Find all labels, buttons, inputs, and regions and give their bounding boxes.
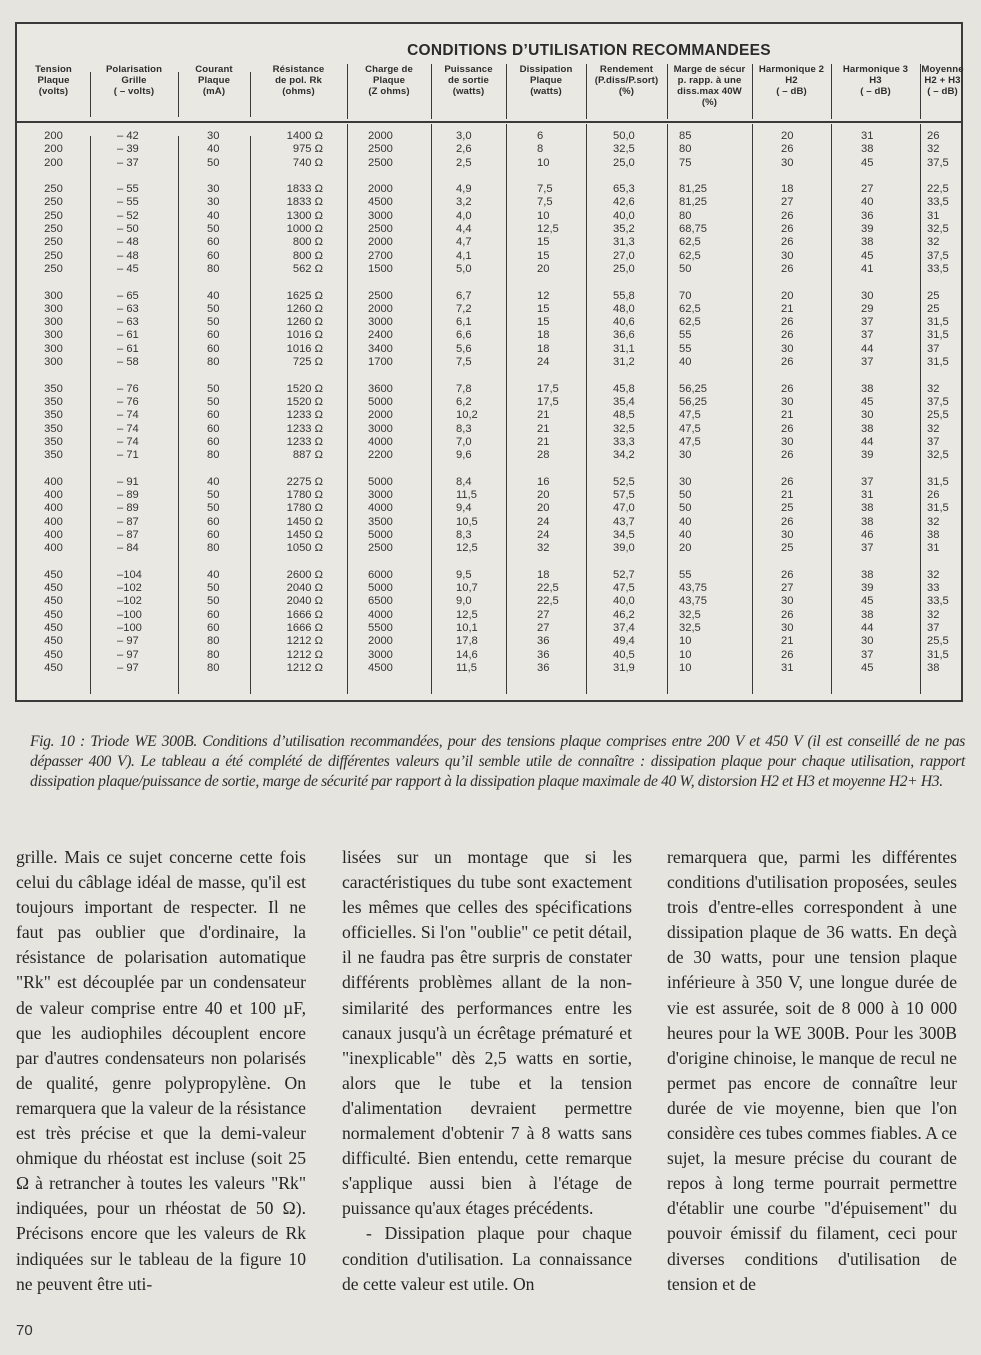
body-column-2: lisées sur un montage que si les caracté… xyxy=(342,845,632,1297)
table-cell: 9,4 xyxy=(456,502,506,515)
column-divider xyxy=(920,124,921,694)
row-group: 505060606080 xyxy=(207,383,250,463)
table-cell: 3000 xyxy=(368,210,431,223)
row-group: 1833 Ω1833 Ω1300 Ω1000 Ω800 Ω800 Ω562 Ω xyxy=(250,183,323,276)
row-group: – 76– 76– 74– 74– 74– 71 xyxy=(117,383,178,463)
column-rendement: Rendement (P.diss/P.sort) (%)50,032,525,… xyxy=(586,64,667,700)
table-cell: 450 xyxy=(17,662,90,675)
column-divider xyxy=(431,124,432,694)
table-cell: 60 xyxy=(207,250,250,263)
table-cell: 70 xyxy=(679,290,752,303)
table-cell: – 45 xyxy=(117,263,178,276)
table-cell: 37,5 xyxy=(927,250,965,263)
table-cell: 60 xyxy=(207,609,250,622)
table-cell: 10 xyxy=(679,635,752,648)
table-cell: 30 xyxy=(861,290,920,303)
table-cell: 40 xyxy=(207,290,250,303)
table-cell: 32 xyxy=(927,609,965,622)
table-cell: 60 xyxy=(207,436,250,449)
table-cell: 32 xyxy=(927,516,965,529)
table-cell: 18 xyxy=(781,183,831,196)
table-cell: 44 xyxy=(861,622,920,635)
table-cell: 5000 xyxy=(368,529,431,542)
row-group: 858075 xyxy=(679,130,752,170)
table-cell: 450 xyxy=(17,622,90,635)
row-group: 2275 Ω1780 Ω1780 Ω1450 Ω1450 Ω1050 Ω xyxy=(250,476,323,556)
table-cell: 26 xyxy=(927,130,965,143)
table-cell: 38 xyxy=(861,502,920,515)
table-cell: 30 xyxy=(781,436,831,449)
table-cell: 32,5 xyxy=(679,622,752,635)
header-column-divider xyxy=(90,72,91,117)
row-group: 162020242432 xyxy=(537,476,586,556)
row-group: 17,517,521212128 xyxy=(537,383,586,463)
page-number: 70 xyxy=(16,1322,33,1339)
row-group: 27403639384541 xyxy=(861,183,920,276)
column-tension: Tension Plaque (volts)200200200250250250… xyxy=(17,64,90,700)
table-cell: 250 xyxy=(17,250,90,263)
table-cell: 57,5 xyxy=(613,489,667,502)
table-cell: 4000 xyxy=(368,609,431,622)
table-cell: 50 xyxy=(207,383,250,396)
table-cell: 1016 Ω xyxy=(250,329,323,342)
table-cell: 3000 xyxy=(368,649,431,662)
table-cell: 40 xyxy=(679,516,752,529)
table-cell: 26 xyxy=(781,516,831,529)
table-cell: 17,8 xyxy=(456,635,506,648)
table-cell: 55 xyxy=(679,343,752,356)
table-cell: 2500 xyxy=(368,542,431,555)
table-cell: 11,5 xyxy=(456,662,506,675)
table-cell: –102 xyxy=(117,582,178,595)
column-divider xyxy=(347,124,348,694)
column-divider xyxy=(667,124,668,694)
row-group: 1625 Ω1260 Ω1260 Ω1016 Ω1016 Ω725 Ω xyxy=(250,290,323,370)
column-polarisation: Polarisation Grille ( – volts)– 42– 39– … xyxy=(90,64,178,700)
table-cell: 4,4 xyxy=(456,223,506,236)
table-cell: 1450 Ω xyxy=(250,529,323,542)
table-cell: 38 xyxy=(861,516,920,529)
paragraph: lisées sur un montage que si les caracté… xyxy=(342,845,632,1221)
table-cell: 33 xyxy=(927,582,965,595)
table-cell: 2000 xyxy=(368,635,431,648)
table-cell: 36,6 xyxy=(613,329,667,342)
table-cell: – 65 xyxy=(117,290,178,303)
table-title: CONDITIONS D’UTILISATION RECOMMANDEES xyxy=(17,42,961,60)
table-cell: 2000 xyxy=(368,183,431,196)
table-cell: 60 xyxy=(207,236,250,249)
table-cell: 27 xyxy=(537,609,586,622)
table-cell: 26 xyxy=(781,449,831,462)
table-cell: 8,3 xyxy=(456,423,506,436)
row-group: 200200200 xyxy=(17,130,90,170)
table-cell: 31 xyxy=(927,210,965,223)
table-cell: 31,5 xyxy=(927,316,965,329)
table-cell: 1520 Ω xyxy=(250,396,323,409)
table-cell: 3000 xyxy=(368,316,431,329)
paragraph: grille. Mais ce sujet concerne cette foi… xyxy=(16,845,306,1297)
row-group: 302937374437 xyxy=(861,290,920,370)
table-cell: 16 xyxy=(537,476,586,489)
row-group: 52,747,540,046,237,449,440,531,9 xyxy=(613,569,667,675)
table-cell: 1700 xyxy=(368,356,431,369)
table-cell: 47,5 xyxy=(613,582,667,595)
table-cell: 21 xyxy=(781,409,831,422)
table-cell: 450 xyxy=(17,635,90,648)
row-group: 250250250250250250250 xyxy=(17,183,90,276)
table-cell: – 74 xyxy=(117,436,178,449)
caption-text: Fig. 10 : Triode WE 300B. Conditions d’u… xyxy=(30,733,965,790)
row-group: 252531,531,53731,5 xyxy=(927,290,965,370)
table-cell: 30 xyxy=(207,130,250,143)
header-column-divider xyxy=(752,64,753,119)
table-cell: 21 xyxy=(781,635,831,648)
table-cell: 4000 xyxy=(368,502,431,515)
table-cell: 3000 xyxy=(368,489,431,502)
table-cell: 31,5 xyxy=(927,476,965,489)
table-cell: 3400 xyxy=(368,343,431,356)
table-cell: 2500 xyxy=(368,290,431,303)
row-group: 305050404020 xyxy=(679,476,752,556)
table-cell: 30 xyxy=(781,396,831,409)
table-cell: – 76 xyxy=(117,396,178,409)
table-cell: – 87 xyxy=(117,529,178,542)
table-cell: – 74 xyxy=(117,409,178,422)
row-group: 1822,522,52727363636 xyxy=(537,569,586,675)
table-cell: 50 xyxy=(679,489,752,502)
table-cell: 800 Ω xyxy=(250,250,323,263)
table-cell: – 50 xyxy=(117,223,178,236)
row-group: 8,411,59,410,58,312,5 xyxy=(456,476,506,556)
row-group: – 65– 63– 63– 61– 61– 58 xyxy=(117,290,178,370)
table-cell: 26 xyxy=(781,609,831,622)
table-cell: 250 xyxy=(17,236,90,249)
table-cell: 27 xyxy=(781,196,831,209)
table-cell: 400 xyxy=(17,542,90,555)
table-cell: 50 xyxy=(679,263,752,276)
table-cell: 350 xyxy=(17,449,90,462)
table-cell: 10,7 xyxy=(456,582,506,595)
table-cell: 20 xyxy=(781,290,831,303)
row-group: 2627302630212631 xyxy=(781,569,831,675)
table-cell: 48,5 xyxy=(613,409,667,422)
table-cell: 31,9 xyxy=(613,662,667,675)
table-cell: 80 xyxy=(207,542,250,555)
table-cell: 5,6 xyxy=(456,343,506,356)
table-cell: 725 Ω xyxy=(250,356,323,369)
row-group: 262125263025 xyxy=(781,476,831,556)
table-cell: – 91 xyxy=(117,476,178,489)
table-cell: – 97 xyxy=(117,662,178,675)
table-cell: 1666 Ω xyxy=(250,609,323,622)
table-cell: 50 xyxy=(207,582,250,595)
table-cell: 21 xyxy=(537,409,586,422)
paragraph: - Dissipation plaque pour chaque conditi… xyxy=(342,1221,632,1296)
table-cell: 62,5 xyxy=(679,316,752,329)
table-cell: 28 xyxy=(537,449,586,462)
table-cell: 39 xyxy=(861,223,920,236)
table-cell: 31 xyxy=(781,662,831,675)
row-group: 350350350350350350 xyxy=(17,383,90,463)
table-cell: 2400 xyxy=(368,329,431,342)
table-cell: 1233 Ω xyxy=(250,436,323,449)
table-cell: 39,0 xyxy=(613,542,667,555)
table-cell: – 48 xyxy=(117,236,178,249)
table-cell: 45 xyxy=(861,662,920,675)
column-divider xyxy=(586,124,587,694)
table-cell: 40,6 xyxy=(613,316,667,329)
table-cell: 20 xyxy=(537,502,586,515)
row-group: 4050506060808080 xyxy=(207,569,250,675)
row-group: – 42– 39– 37 xyxy=(117,130,178,170)
table-cell: 21 xyxy=(781,489,831,502)
figure-caption: Fig. 10 : Triode WE 300B. Conditions d’u… xyxy=(30,732,965,793)
row-group: 373138384637 xyxy=(861,476,920,556)
row-group: – 91– 89– 89– 87– 87– 84 xyxy=(117,476,178,556)
table-cell: 31 xyxy=(927,542,965,555)
table-cell: 1450 Ω xyxy=(250,516,323,529)
table-cell: 41 xyxy=(861,263,920,276)
table-cell: 31,3 xyxy=(613,236,667,249)
table-cell: – 71 xyxy=(117,449,178,462)
table-cell: 9,0 xyxy=(456,595,506,608)
table-cell: 38 xyxy=(861,383,920,396)
column-h2: Harmonique 2 H2 ( – dB)20263018272626263… xyxy=(752,64,831,700)
table-cell: 25,0 xyxy=(613,263,667,276)
table-cell: 32 xyxy=(537,542,586,555)
table-cell: 18 xyxy=(537,329,586,342)
row-group: –104–102–102–100–100– 97– 97– 97 xyxy=(117,569,178,675)
table-cell: 37,5 xyxy=(927,396,965,409)
table-cell: 3000 xyxy=(368,423,431,436)
table-cell: 10 xyxy=(537,210,586,223)
table-cell: 45 xyxy=(861,250,920,263)
table-cell: 47,5 xyxy=(679,436,752,449)
row-group: 81,2581,258068,7562,562,550 xyxy=(679,183,752,276)
table-cell: 25 xyxy=(781,502,831,515)
table-cell: 2275 Ω xyxy=(250,476,323,489)
table-cell: 18 xyxy=(537,343,586,356)
table-cell: 32,5 xyxy=(613,423,667,436)
table-cell: – 89 xyxy=(117,502,178,515)
table-cell: 52,7 xyxy=(613,569,667,582)
table-cell: 38 xyxy=(861,569,920,582)
table-cell: 40 xyxy=(207,210,250,223)
table-cell: 300 xyxy=(17,329,90,342)
row-group: 2600 Ω2040 Ω2040 Ω1666 Ω1666 Ω1212 Ω1212… xyxy=(250,569,323,675)
table-cell: 6,1 xyxy=(456,316,506,329)
table-cell: 38 xyxy=(927,662,965,675)
table-cell: 1212 Ω xyxy=(250,635,323,648)
table-cell: 6,2 xyxy=(456,396,506,409)
header-column-divider xyxy=(667,64,668,119)
header-column-divider xyxy=(347,64,348,119)
table-cell: 26 xyxy=(781,649,831,662)
table-cell: 34,5 xyxy=(613,529,667,542)
table-cell: 1500 xyxy=(368,263,431,276)
row-group: 202126263026 xyxy=(781,290,831,370)
table-cell: –100 xyxy=(117,622,178,635)
table-cell: 1260 Ω xyxy=(250,316,323,329)
table-cell: 2000 xyxy=(368,130,431,143)
table-cell: 2,5 xyxy=(456,157,506,170)
table-cell: 740 Ω xyxy=(250,157,323,170)
table-cell: 250 xyxy=(17,183,90,196)
table-cell: 43,7 xyxy=(613,516,667,529)
table-cell: 42,6 xyxy=(613,196,667,209)
table-cell: 46,2 xyxy=(613,609,667,622)
row-group: 405050606080 xyxy=(207,290,250,370)
table-cell: 47,0 xyxy=(613,502,667,515)
table-cell: 21 xyxy=(781,303,831,316)
table-cell: 30 xyxy=(781,595,831,608)
table-cell: 450 xyxy=(17,595,90,608)
table-cell: 22,5 xyxy=(537,582,586,595)
table-cell: 40 xyxy=(207,476,250,489)
table-cell: 8 xyxy=(537,143,586,156)
row-group: 121515181824 xyxy=(537,290,586,370)
body-column-3: remarquera que, parmi les différentes co… xyxy=(667,845,957,1297)
table-cell: 60 xyxy=(207,529,250,542)
table-cell: 43,75 xyxy=(679,582,752,595)
table-cell: 25 xyxy=(927,290,965,303)
table-cell: 10,2 xyxy=(456,409,506,422)
table-cell: 30 xyxy=(679,449,752,462)
table-cell: 52,5 xyxy=(613,476,667,489)
table-cell: 80 xyxy=(207,449,250,462)
column-moyenne: Moyenne H2 + H3 ( – dB)263237,522,533,53… xyxy=(920,64,965,700)
table-cell: – 55 xyxy=(117,183,178,196)
table-cell: 44 xyxy=(861,436,920,449)
row-group: 30304050606080 xyxy=(207,183,250,276)
table-cell: 40,0 xyxy=(613,210,667,223)
table-cell: 65,3 xyxy=(613,183,667,196)
table-cell: 37 xyxy=(927,343,965,356)
table-cell: 3,2 xyxy=(456,196,506,209)
table-cell: – 39 xyxy=(117,143,178,156)
table-cell: – 76 xyxy=(117,383,178,396)
table-cell: 18 xyxy=(537,569,586,582)
table-cell: 36 xyxy=(861,210,920,223)
row-group: 45,835,448,532,533,334,2 xyxy=(613,383,667,463)
table-cell: 450 xyxy=(17,649,90,662)
table-cell: 30 xyxy=(781,622,831,635)
table-cell: 45,8 xyxy=(613,383,667,396)
table-cell: 80 xyxy=(207,649,250,662)
row-group: 31,52631,5323831 xyxy=(927,476,965,556)
table-cell: – 84 xyxy=(117,542,178,555)
row-group: 5543,7543,7532,532,5101010 xyxy=(679,569,752,675)
table-cell: 12,5 xyxy=(537,223,586,236)
table-cell: 29 xyxy=(861,303,920,316)
table-cell: 40 xyxy=(861,196,920,209)
table-cell: 80 xyxy=(679,210,752,223)
table-cell: 36 xyxy=(537,649,586,662)
column-divider xyxy=(752,124,753,694)
table-cell: 24 xyxy=(537,516,586,529)
row-group: 18272626263026 xyxy=(781,183,831,276)
row-group: 65,342,640,035,231,327,025,0 xyxy=(613,183,667,276)
table-cell: 7,8 xyxy=(456,383,506,396)
table-cell: 4000 xyxy=(368,436,431,449)
table-cell: 32,5 xyxy=(679,609,752,622)
table-cell: 200 xyxy=(17,157,90,170)
column-header: Dissipation Plaque (watts) xyxy=(506,64,586,119)
row-group: 3,02,62,5 xyxy=(456,130,506,170)
table-cell: 350 xyxy=(17,409,90,422)
table-cell: 80 xyxy=(207,635,250,648)
table-cell: 250 xyxy=(17,196,90,209)
table-cell: 37,5 xyxy=(927,157,965,170)
table-cell: 30 xyxy=(861,409,920,422)
table-cell: 12,5 xyxy=(456,542,506,555)
table-cell: 50 xyxy=(207,502,250,515)
table-cell: – 61 xyxy=(117,343,178,356)
table-cell: 3,0 xyxy=(456,130,506,143)
table-cell: 26 xyxy=(781,223,831,236)
column-courant: Courant Plaque (mA)304050303040506060804… xyxy=(178,64,250,700)
table-cell: 2000 xyxy=(368,236,431,249)
table-cell: 2000 xyxy=(368,409,431,422)
table-cell: 450 xyxy=(17,569,90,582)
table-cell: 27 xyxy=(537,622,586,635)
row-group: 7062,562,5555540 xyxy=(679,290,752,370)
table-cell: 45 xyxy=(861,595,920,608)
table-cell: 4,1 xyxy=(456,250,506,263)
table-cell: 26 xyxy=(781,210,831,223)
table-cell: 50 xyxy=(207,489,250,502)
table-cell: 2040 Ω xyxy=(250,582,323,595)
table-cell: 6,6 xyxy=(456,329,506,342)
table-cell: 25,0 xyxy=(613,157,667,170)
table-cell: 10,5 xyxy=(456,516,506,529)
body-column-1: grille. Mais ce sujet concerne cette foi… xyxy=(16,845,306,1297)
table-cell: 300 xyxy=(17,303,90,316)
table-cell: 10 xyxy=(679,662,752,675)
table-cell: 33,3 xyxy=(613,436,667,449)
column-marge: Marge de sécur p. rapp. à une diss.max 4… xyxy=(667,64,752,700)
table-cell: 32,5 xyxy=(613,143,667,156)
table-cell: 887 Ω xyxy=(250,449,323,462)
table-cell: 26 xyxy=(781,143,831,156)
table-cell: 31,5 xyxy=(927,329,965,342)
table-cell: 40,0 xyxy=(613,595,667,608)
header-column-divider xyxy=(506,64,507,119)
table-cell: 35,2 xyxy=(613,223,667,236)
table-cell: 2040 Ω xyxy=(250,595,323,608)
table-cell: 17,5 xyxy=(537,383,586,396)
row-group: 304050 xyxy=(207,130,250,170)
table-cell: 2600 Ω xyxy=(250,569,323,582)
header-column-divider xyxy=(831,64,832,119)
table-cell: 400 xyxy=(17,516,90,529)
table-cell: 1833 Ω xyxy=(250,196,323,209)
column-header: Courant Plaque (mA) xyxy=(178,64,250,119)
table-cell: 2000 xyxy=(368,303,431,316)
table-cell: – 52 xyxy=(117,210,178,223)
header-column-divider xyxy=(920,64,921,119)
table-cell: 30 xyxy=(781,157,831,170)
table-cell: 34,2 xyxy=(613,449,667,462)
table-cell: 20 xyxy=(781,130,831,143)
table-cell: 2200 xyxy=(368,449,431,462)
table-cell: 1520 Ω xyxy=(250,383,323,396)
table-cell: 2500 xyxy=(368,223,431,236)
table-cell: 44 xyxy=(861,343,920,356)
table-cell: 38 xyxy=(861,236,920,249)
table-cell: 38 xyxy=(861,143,920,156)
table-cell: 85 xyxy=(679,130,752,143)
